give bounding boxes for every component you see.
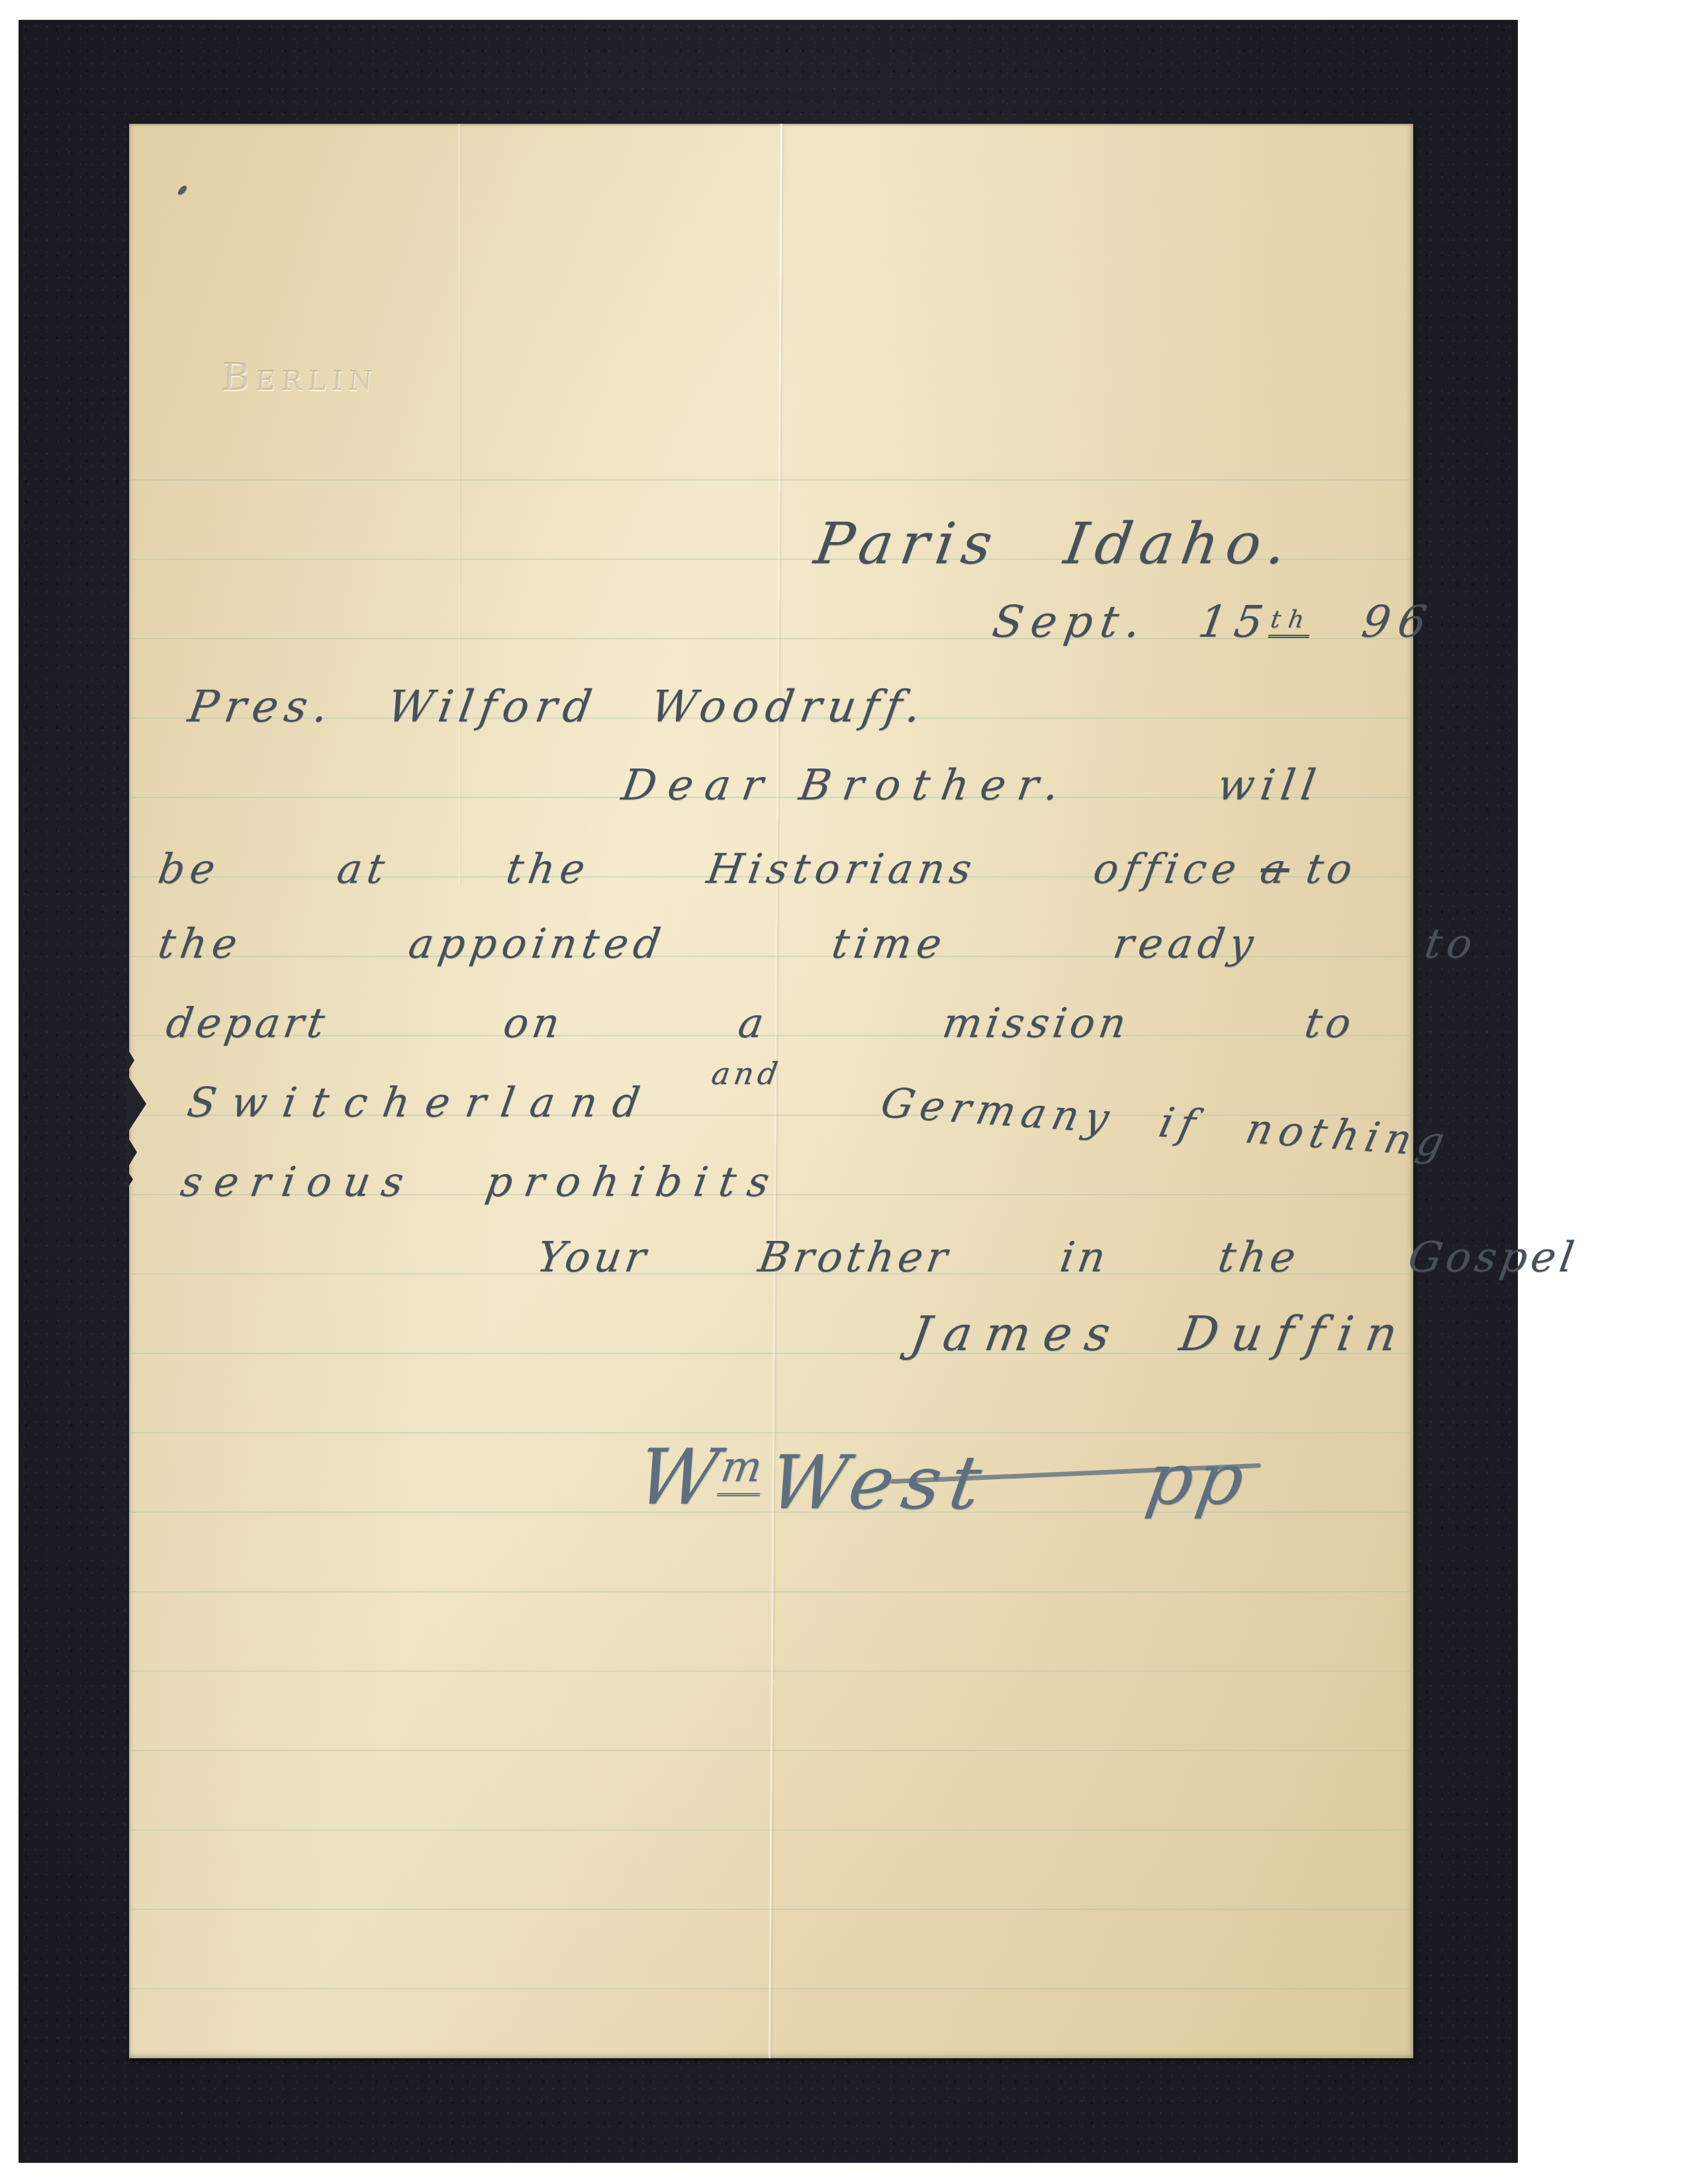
secondary-fold-crease — [458, 124, 460, 885]
torn-edge-notch — [126, 1135, 137, 1169]
body-line-depart: depart on a mission to — [164, 1003, 1358, 1044]
body-line-germany: Germany if nothing — [877, 1082, 1455, 1163]
inserted-word-and: and — [710, 1058, 784, 1089]
date-year: 96 — [1358, 596, 1438, 647]
body-line-be-after: to — [1303, 844, 1360, 893]
body-line-appointed: the appointed time ready to — [156, 923, 1480, 964]
body-line-be-correction: ato — [1258, 848, 1359, 889]
salutation: Dear Brother. — [619, 764, 1074, 807]
letter-scan-page: Berlin Paris Idaho. Sept. 15th 96 Pres. … — [0, 0, 1688, 2184]
torn-edge-notch — [126, 1047, 134, 1073]
date-ordinal-suffix: th — [1268, 605, 1314, 638]
countersign-superscript-m: m — [717, 1443, 768, 1496]
author-signature: James Duffin — [908, 1310, 1414, 1357]
embossed-stamp: Berlin — [220, 354, 379, 399]
torn-edge-notch — [126, 1169, 133, 1189]
struck-out-letter: a — [1257, 844, 1293, 893]
date-main: Sept. 15 — [989, 596, 1274, 647]
ink-speck — [177, 184, 188, 197]
body-line-be: be at the Historians office — [156, 848, 1244, 889]
body-line-switzerland: Switcherland — [185, 1082, 659, 1123]
heading-date-line: Sept. 15th 96 — [990, 600, 1437, 644]
countersign-initial: W — [632, 1433, 727, 1522]
countersignature-initials: Wm — [632, 1439, 769, 1516]
torn-edge-notch — [126, 1073, 146, 1134]
photo-mat-background: Berlin Paris Idaho. Sept. 15th 96 Pres. … — [19, 20, 1518, 2163]
closing-line: Your Brother in the Gospel — [534, 1236, 1581, 1278]
body-line-serious: serious prohibits — [178, 1161, 784, 1203]
heading-place-line: Paris Idaho. — [811, 516, 1298, 572]
letter-paper: Berlin Paris Idaho. Sept. 15th 96 Pres. … — [129, 124, 1413, 2058]
salutation-tail: will — [1215, 764, 1325, 807]
countersignature-surname: West — [765, 1446, 995, 1520]
recipient-line: Pres. Wilford Woodruff. — [185, 685, 931, 729]
countersignature-suffix: pp — [1142, 1444, 1252, 1516]
